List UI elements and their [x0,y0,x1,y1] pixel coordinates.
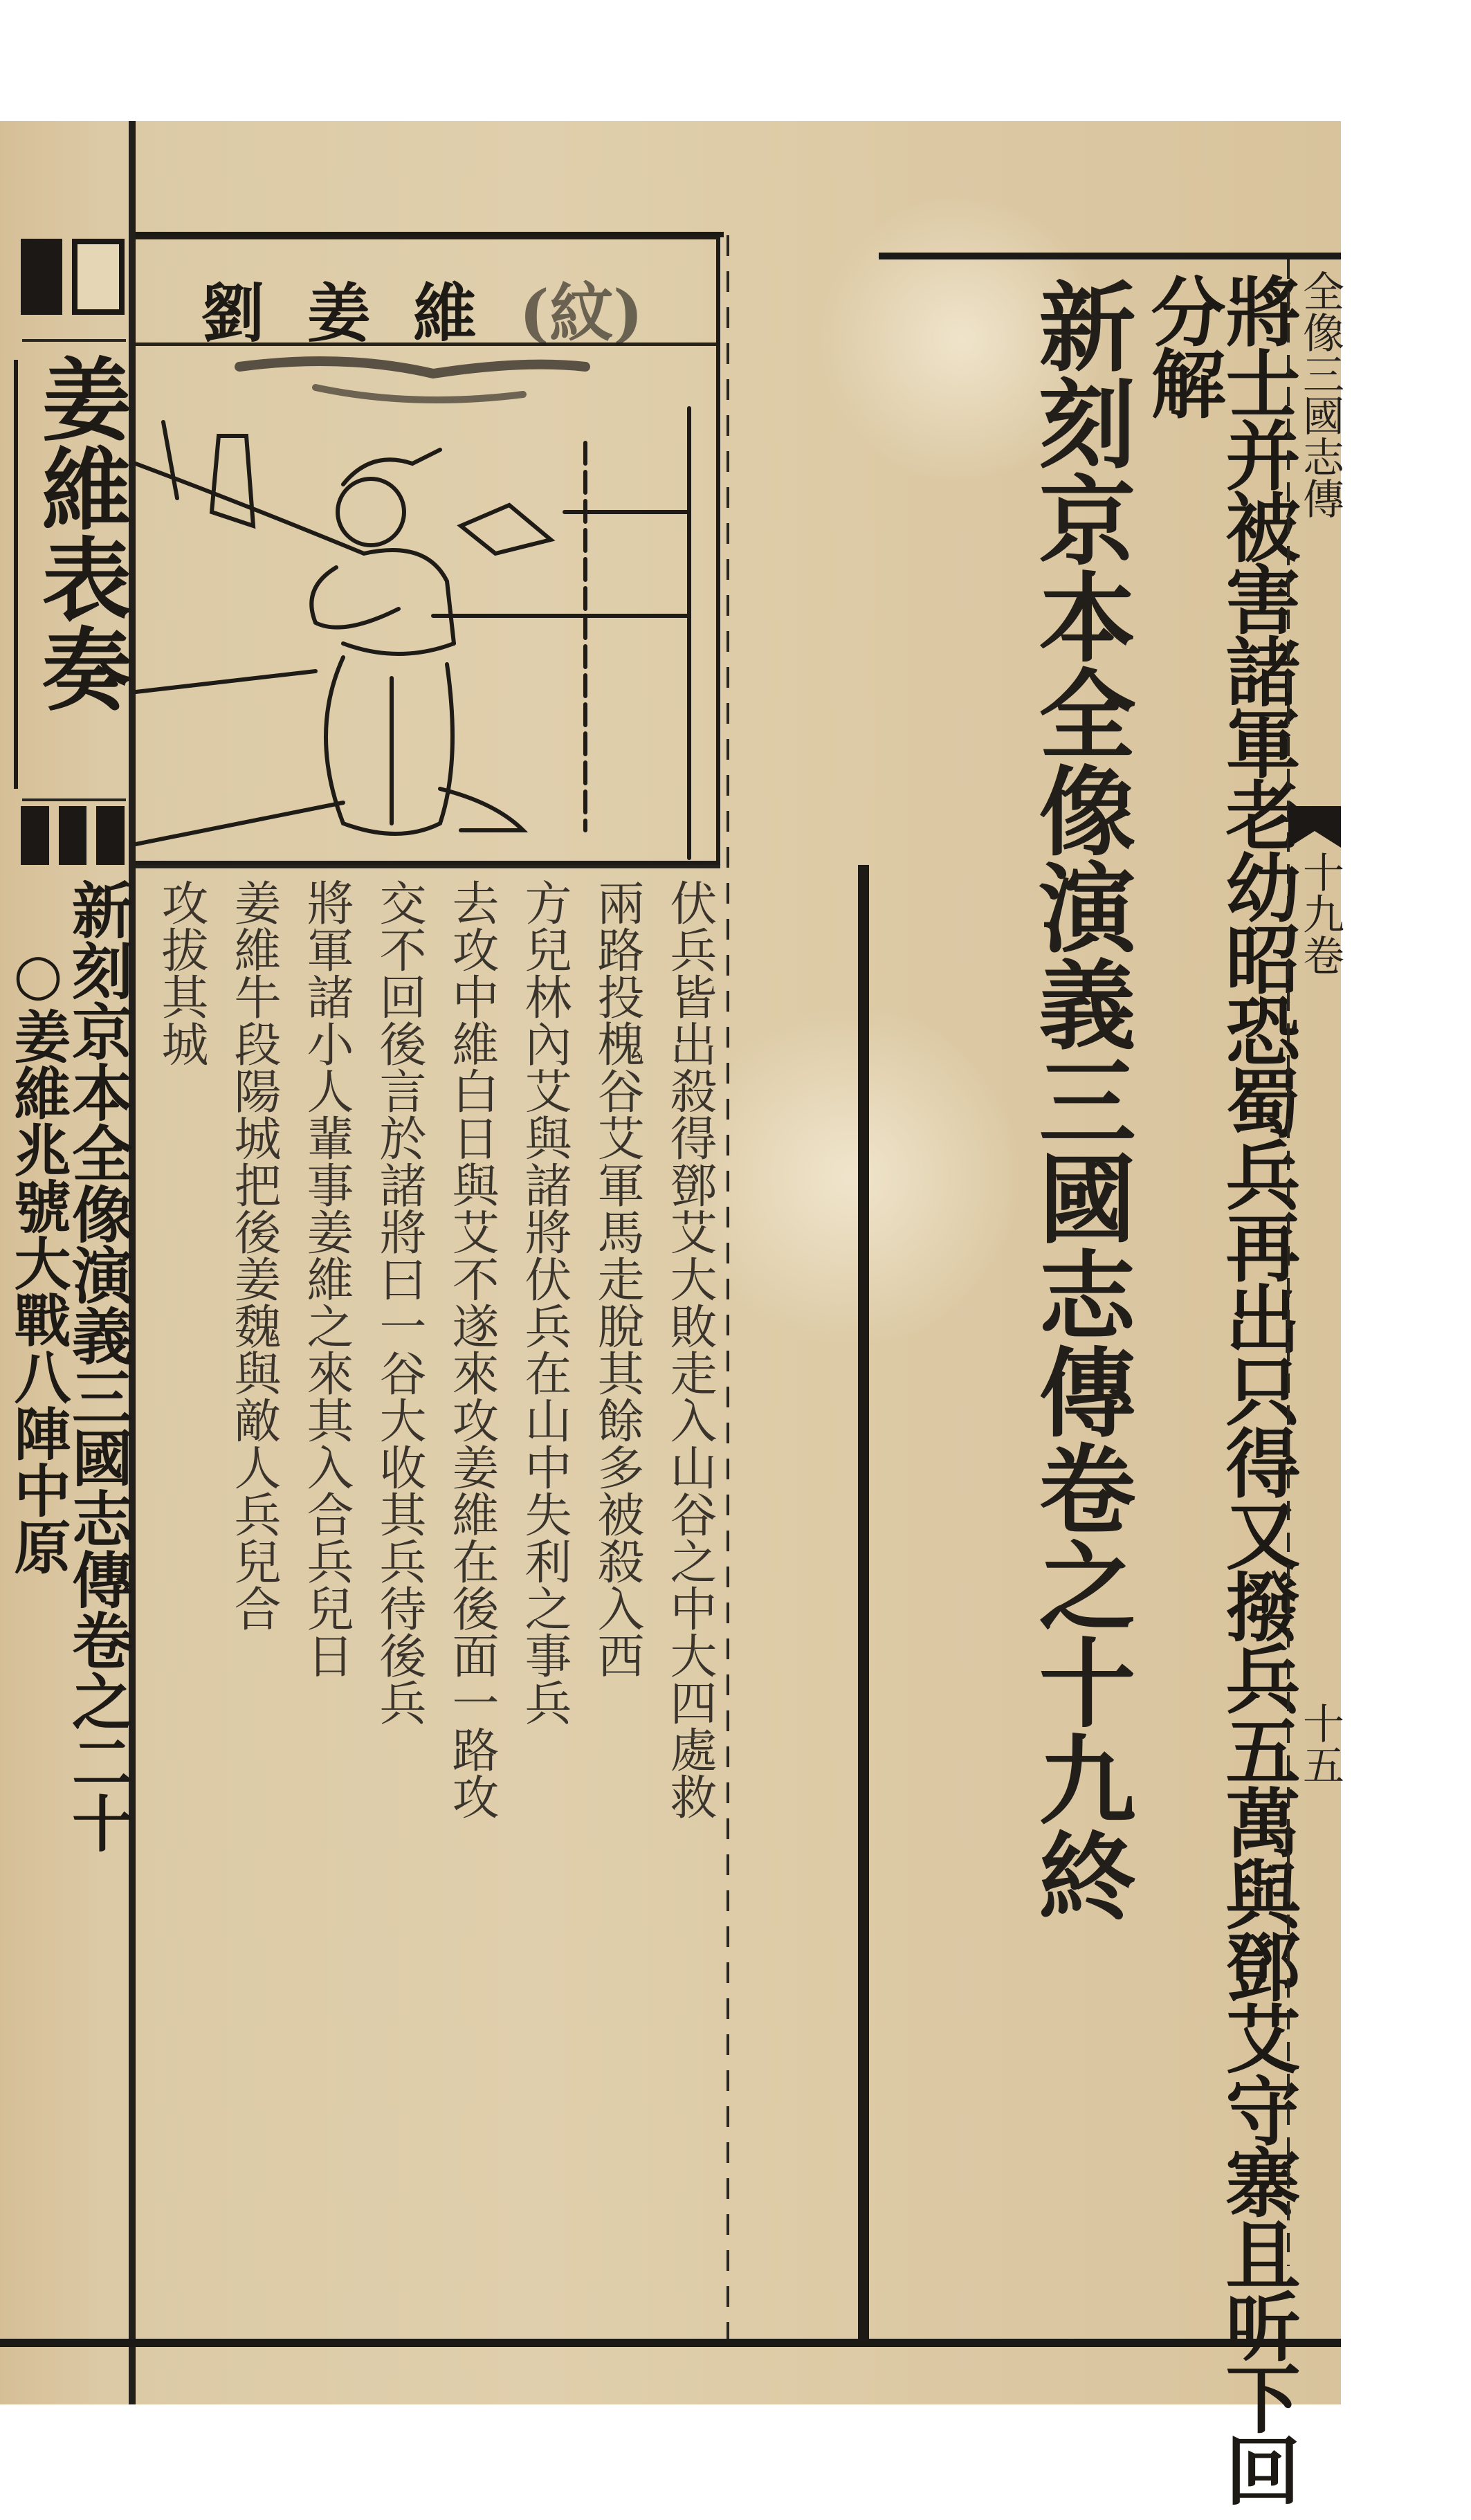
illustration-frame [136,235,720,865]
left-page-frame-line [14,360,18,789]
thick-vertical-rule [858,865,869,2342]
body-text-column: 方兒林內艾與諸將伏兵在山中失利之事兵 [519,879,567,2332]
body-text-column: 兩路投槐谷艾軍馬走脫其餘多被殺入西 [592,879,640,2332]
paper-crease [678,1003,1024,1349]
body-text-column: 伏兵皆出殺得鄧艾大敗走入山谷之中大四處救 [664,879,713,2332]
left-page-illustration-caption: 姜維表奏 [48,353,125,713]
body-text-column: 將軍諸小人輩事姜維之來其入合兵兒日 [301,879,349,2332]
left-page-title-line: 新刻京本全像演義三國志傳卷之二十 [69,879,129,1853]
left-page-black-blocks-top [21,239,125,315]
body-text-column: 攻拔其城 [156,879,204,2332]
fold-strip-page-number: 十五 [1295,1702,1341,1785]
end-of-volume-title: 新刻京本全像演義三國志傳卷之十九終 [1024,277,1128,1924]
fold-strip-dashed-line [1287,259,1290,2266]
frame-top-rule-right [879,253,1341,259]
left-page-chapter-heading: ○姜維兆號大戰八陣中原 [7,941,66,1575]
body-text-column: 交不回後言於諸將曰一谷大收其兵待後兵 [374,879,422,2332]
fold-strip-book-title: 全像三國志傳 [1295,270,1341,519]
column-divider-dashed [727,235,729,2339]
body-text-column: 去攻中維白日與艾不遂來攻姜維在後面一路攻 [446,879,495,2332]
last-text-column: 將士并被害諸軍老幼昭恐蜀兵再出只得又撥兵五萬與鄧艾守寨且听下回分解 [1204,273,1294,2520]
left-page-black-blocks-bottom [21,806,125,865]
body-text-column: 姜維牛段陽城把後姜魏與敵人兵兒合 [228,879,277,2332]
fold-strip-volume: 十九卷 [1295,851,1341,976]
